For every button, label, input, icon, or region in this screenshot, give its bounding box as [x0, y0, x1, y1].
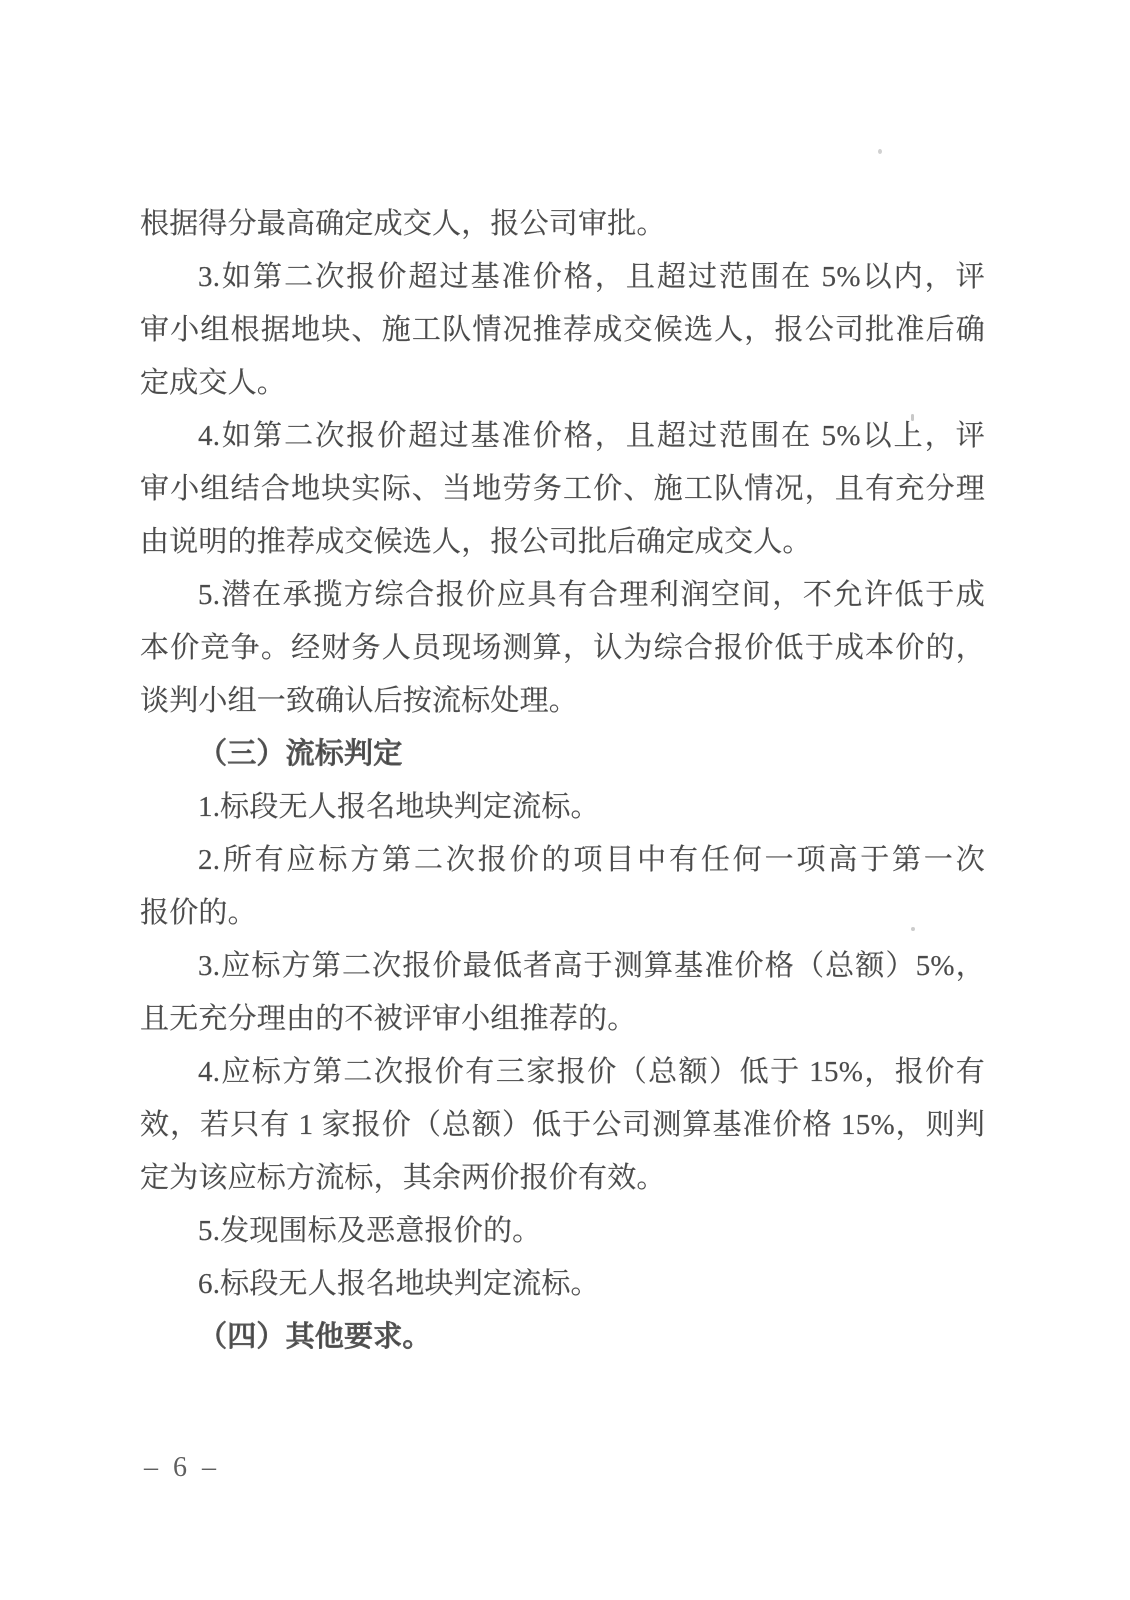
text-line: 6.标段无人报名地块判定流标。 [140, 1258, 985, 1311]
text-line: 2.所有应标方第二次报价的项目中有任何一项高于第一次 [140, 834, 985, 887]
document-page: 根据得分最高确定成交人，报公司审批。 3.如第二次报价超过基准价格，且超过范围在… [0, 0, 1130, 1600]
scan-speck [878, 149, 882, 154]
text-line: 且无充分理由的不被评审小组推荐的。 [140, 993, 985, 1046]
text-line: 定成交人。 [140, 357, 985, 410]
text-line: 3.应标方第二次报价最低者高于测算基准价格（总额）5%， [140, 940, 985, 993]
text-line: 5.发现围标及恶意报价的。 [140, 1205, 985, 1258]
text-line: 报价的。 [140, 887, 985, 940]
text-line: 4.应标方第二次报价有三家报价（总额）低于 15%，报价有 [140, 1046, 985, 1099]
text-line: 审小组结合地块实际、当地劳务工价、施工队情况，且有充分理 [140, 463, 985, 516]
text-block: 根据得分最高确定成交人，报公司审批。 3.如第二次报价超过基准价格，且超过范围在… [140, 198, 985, 1364]
page-number: – 6 – [144, 1450, 220, 1486]
text-line: 1.标段无人报名地块判定流标。 [140, 781, 985, 834]
text-line: 定为该应标方流标，其余两价报价有效。 [140, 1152, 985, 1205]
text-line: 审小组根据地块、施工队情况推荐成交候选人，报公司批准后确 [140, 304, 985, 357]
text-line: 效，若只有 1 家报价（总额）低于公司测算基准价格 15%，则判 [140, 1099, 985, 1152]
text-line: 谈判小组一致确认后按流标处理。 [140, 675, 985, 728]
text-line: 由说明的推荐成交候选人，报公司批后确定成交人。 [140, 516, 985, 569]
scan-speck [911, 414, 914, 421]
text-line: 本价竞争。经财务人员现场测算，认为综合报价低于成本价的， [140, 622, 985, 675]
text-line: 3.如第二次报价超过基准价格，且超过范围在 5%以内，评 [140, 251, 985, 304]
text-line: 根据得分最高确定成交人，报公司审批。 [140, 198, 985, 251]
section-heading: （四）其他要求。 [140, 1311, 985, 1364]
text-line: 5.潜在承揽方综合报价应具有合理利润空间，不允许低于成 [140, 569, 985, 622]
section-heading: （三）流标判定 [140, 728, 985, 781]
scan-speck [911, 927, 915, 931]
text-line: 4.如第二次报价超过基准价格，且超过范围在 5%以上，评 [140, 410, 985, 463]
